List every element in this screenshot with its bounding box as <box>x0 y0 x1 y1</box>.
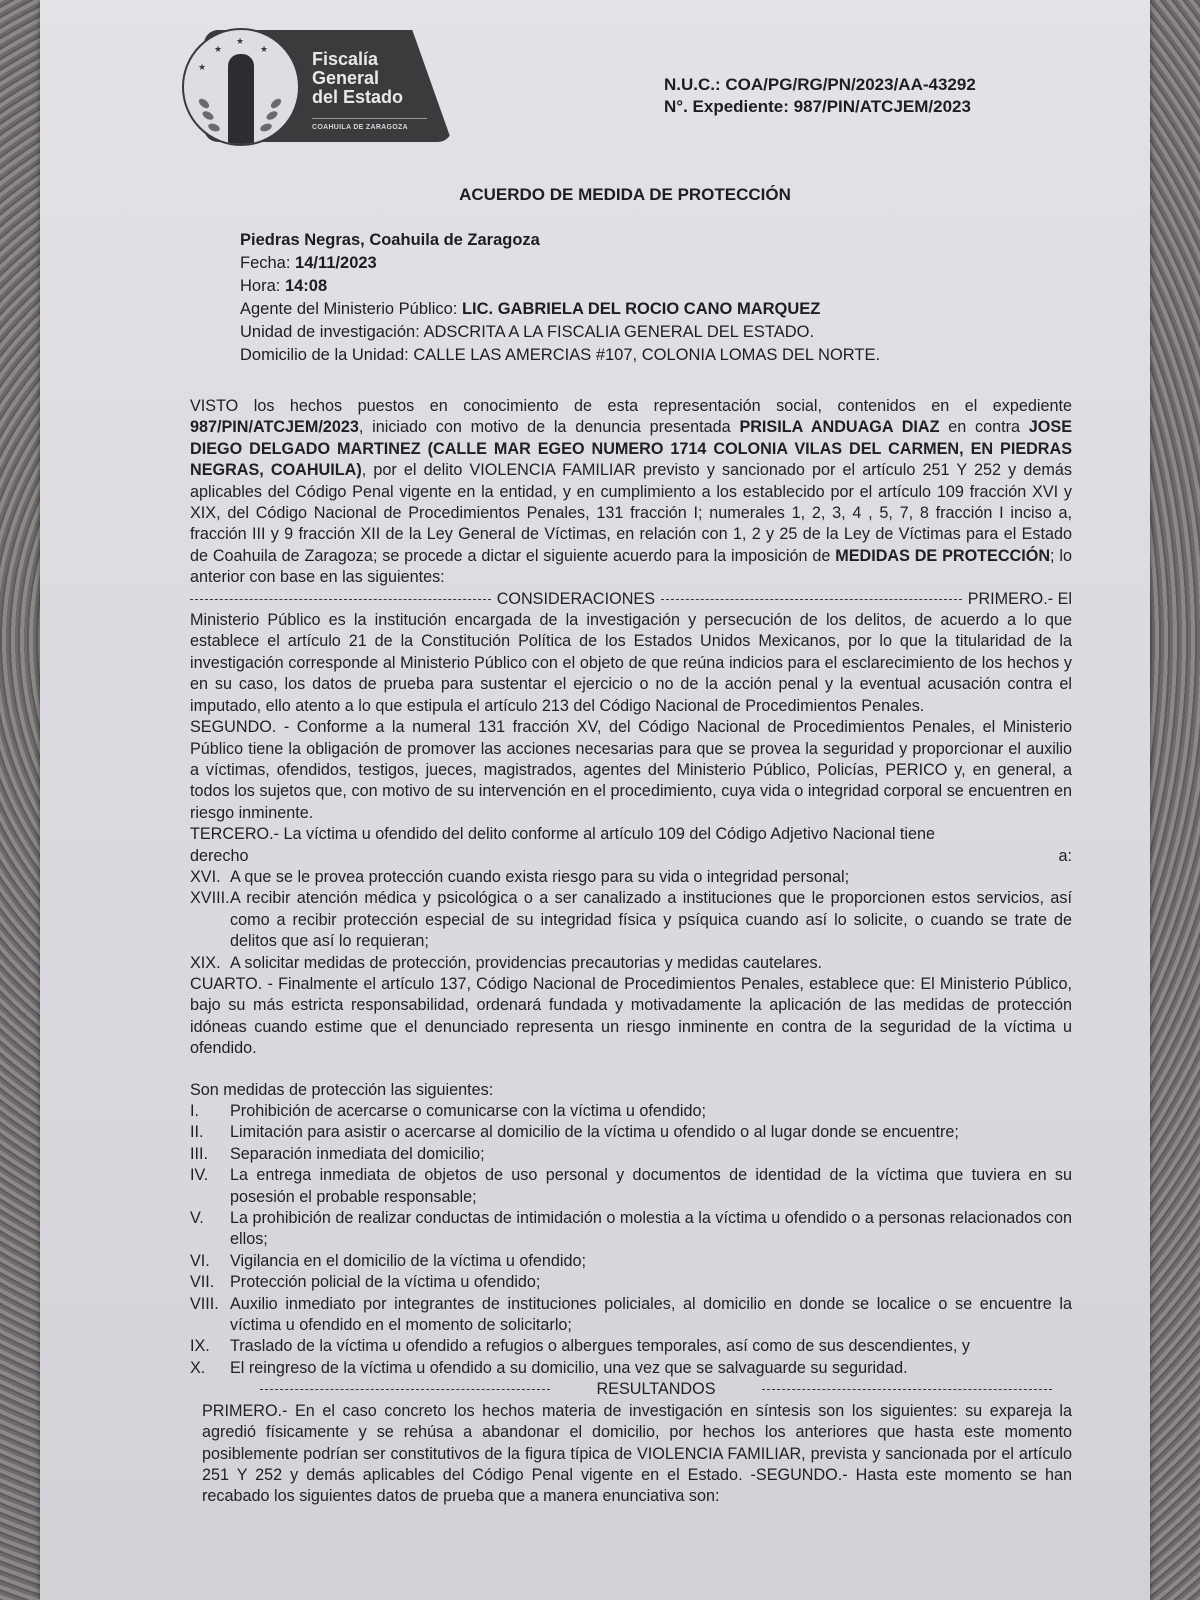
list-item-number: XVI. <box>190 867 230 888</box>
nuc-value: COA/PG/RG/PN/2023/AA-43292 <box>725 75 975 94</box>
list-item: V.La prohibición de realizar conductas d… <box>190 1208 1072 1251</box>
primero-label: PRIMERO.- El <box>968 589 1072 610</box>
medidas-intro: Son medidas de protección las siguientes… <box>190 1080 1072 1101</box>
list-item: VII.Protección policial de la víctima u … <box>190 1272 1072 1293</box>
dash-rule <box>661 599 962 600</box>
dash-rule <box>260 1389 550 1390</box>
list-item-number: VIII. <box>190 1294 230 1337</box>
medidas-list: I.Prohibición de acercarse o comunicarse… <box>190 1101 1072 1379</box>
document-title: ACUERDO DE MEDIDA DE PROTECCIÓN <box>40 185 1200 205</box>
document-body: VISTO los hechos puestos en conocimiento… <box>190 396 1072 1508</box>
list-item: VIII.Auxilio inmediato por integrantes d… <box>190 1294 1072 1337</box>
list-item-number: XVIII. <box>190 888 230 952</box>
agente-line: Agente del Ministerio Público: LIC. GABR… <box>240 298 880 321</box>
cuarto-paragraph: CUARTO. - Finalmente el artículo 137, Có… <box>190 974 1072 1060</box>
primero-paragraph: Ministerio Público es la institución enc… <box>190 610 1072 717</box>
resultandos-heading: RESULTANDOS <box>556 1379 755 1400</box>
list-item: XVIII.A recibir atención médica y psicol… <box>190 888 1072 952</box>
dash-rule <box>190 599 491 600</box>
visto-expediente: 987/PIN/ATCJEM/2023 <box>190 418 359 436</box>
logo-line-1: Fiscalía <box>312 50 403 69</box>
list-item-number: VI. <box>190 1251 230 1272</box>
unidad-line: Unidad de investigación: ADSCRITA A LA F… <box>240 321 880 344</box>
domicilio-line: Domicilio de la Unidad: CALLE LAS AMERCI… <box>240 344 880 367</box>
list-item-number: XIX. <box>190 953 230 974</box>
logo-line-2: General <box>312 69 403 88</box>
derechos-list: XVI.A que se le provea protección cuando… <box>190 867 1072 974</box>
list-item-text: Separación inmediata del domicilio; <box>230 1144 1072 1165</box>
list-item: II.Limitación para asistir o acercarse a… <box>190 1122 1072 1143</box>
list-item: I.Prohibición de acercarse o comunicarse… <box>190 1101 1072 1122</box>
logo-subtitle: COAHUILA DE ZARAGOZA <box>312 118 427 131</box>
list-item-text: Protección policial de la víctima u ofen… <box>230 1272 1072 1293</box>
list-item-number: IX. <box>190 1336 230 1357</box>
list-item-text: Limitación para asistir o acercarse al d… <box>230 1122 1072 1143</box>
dash-rule <box>762 1389 1052 1390</box>
document-meta: Piedras Negras, Coahuila de Zaragoza Fec… <box>240 229 880 367</box>
visto-paragraph: VISTO los hechos puestos en conocimiento… <box>190 396 1072 589</box>
list-item: VI.Vigilancia en el domicilio de la víct… <box>190 1251 1072 1272</box>
logo-text: Fiscalía General del Estado <box>312 50 403 107</box>
list-item-number: I. <box>190 1101 230 1122</box>
nuc-line: N.U.C.: COA/PG/RG/PN/2023/AA-43292 <box>664 74 976 96</box>
list-item-number: III. <box>190 1144 230 1165</box>
list-item-text: La prohibición de realizar conductas de … <box>230 1208 1072 1251</box>
list-item-number: IV. <box>190 1165 230 1208</box>
expediente-value: 987/PIN/ATCJEM/2023 <box>794 97 971 116</box>
list-item: XIX.A solicitar medidas de protección, p… <box>190 953 1072 974</box>
list-item-text: El reingreso de la víctima u ofendido a … <box>230 1358 1072 1379</box>
hora-line: Hora: 14:08 <box>240 275 880 298</box>
list-item: IX.Traslado de la víctima u ofendido a r… <box>190 1336 1072 1357</box>
medidas-bold: MEDIDAS DE PROTECCIÓN <box>835 547 1050 565</box>
list-item-text: A que se le provea protección cuando exi… <box>230 867 1072 888</box>
list-item-text: A solicitar medidas de protección, provi… <box>230 953 1072 974</box>
list-item: III.Separación inmediata del domicilio; <box>190 1144 1072 1165</box>
nuc-label: N.U.C.: <box>664 75 721 94</box>
case-identifiers: N.U.C.: COA/PG/RG/PN/2023/AA-43292 N°. E… <box>664 74 976 118</box>
list-item-text: Auxilio inmediato por integrantes de ins… <box>230 1294 1072 1337</box>
justice-emblem-icon: ★ ★ ★ ★ <box>182 28 300 146</box>
hora-label: Hora: <box>240 277 280 295</box>
list-item-text: Traslado de la víctima u ofendido a refu… <box>230 1336 1072 1357</box>
tercero-end-line: derecho a: <box>190 846 1072 867</box>
list-item: X.El reingreso de la víctima u ofendido … <box>190 1358 1072 1379</box>
list-item-number: X. <box>190 1358 230 1379</box>
expediente-line: N°. Expediente: 987/PIN/ATCJEM/2023 <box>664 96 976 118</box>
list-item-number: VII. <box>190 1272 230 1293</box>
list-item-text: A recibir atención médica y psicológica … <box>230 888 1072 952</box>
document-page: ★ ★ ★ ★ Fiscalía General del Estado COAH… <box>40 0 1150 1600</box>
agente-value: LIC. GABRIELA DEL ROCIO CANO MARQUEZ <box>462 300 820 318</box>
list-item-text: La entrega inmediata de objetos de uso p… <box>230 1165 1072 1208</box>
tercero-end-right: a: <box>1058 846 1072 867</box>
place: Piedras Negras, Coahuila de Zaragoza <box>240 229 880 252</box>
expediente-label: N°. Expediente: <box>664 97 789 116</box>
list-item-number: II. <box>190 1122 230 1143</box>
resultandos-divider: RESULTANDOS <box>190 1379 1072 1400</box>
resultandos-paragraph: PRIMERO.- En el caso concreto los hechos… <box>190 1401 1072 1508</box>
list-item-text: Vigilancia en el domicilio de la víctima… <box>230 1251 1072 1272</box>
fecha-line: Fecha: 14/11/2023 <box>240 252 880 275</box>
segundo-paragraph: SEGUNDO. - Conforme a la numeral 131 fra… <box>190 717 1072 824</box>
logo-line-3: del Estado <box>312 88 403 107</box>
hora-value: 14:08 <box>285 277 327 295</box>
visto-text-3: en contra <box>940 418 1029 436</box>
consideraciones-divider: CONSIDERACIONES PRIMERO.- El <box>190 589 1072 610</box>
consideraciones-heading: CONSIDERACIONES <box>497 589 655 610</box>
tercero-paragraph: TERCERO.- La víctima u ofendido del deli… <box>190 824 1072 845</box>
list-item: IV.La entrega inmediata de objetos de us… <box>190 1165 1072 1208</box>
list-item-text: Prohibición de acercarse o comunicarse c… <box>230 1101 1072 1122</box>
list-item: XVI.A que se le provea protección cuando… <box>190 867 1072 888</box>
visto-text-2: , iniciado con motivo de la denuncia pre… <box>359 418 740 436</box>
agente-label: Agente del Ministerio Público: <box>240 300 457 318</box>
fecha-value: 14/11/2023 <box>295 254 377 272</box>
denunciante-name: PRISILA ANDUAGA DIAZ <box>739 418 939 436</box>
visto-text-1: VISTO los hechos puestos en conocimiento… <box>190 397 1072 415</box>
list-item-number: V. <box>190 1208 230 1251</box>
tercero-end-left: derecho <box>190 846 249 867</box>
fecha-label: Fecha: <box>240 254 290 272</box>
fiscalia-logo: ★ ★ ★ ★ Fiscalía General del Estado COAH… <box>182 28 452 146</box>
